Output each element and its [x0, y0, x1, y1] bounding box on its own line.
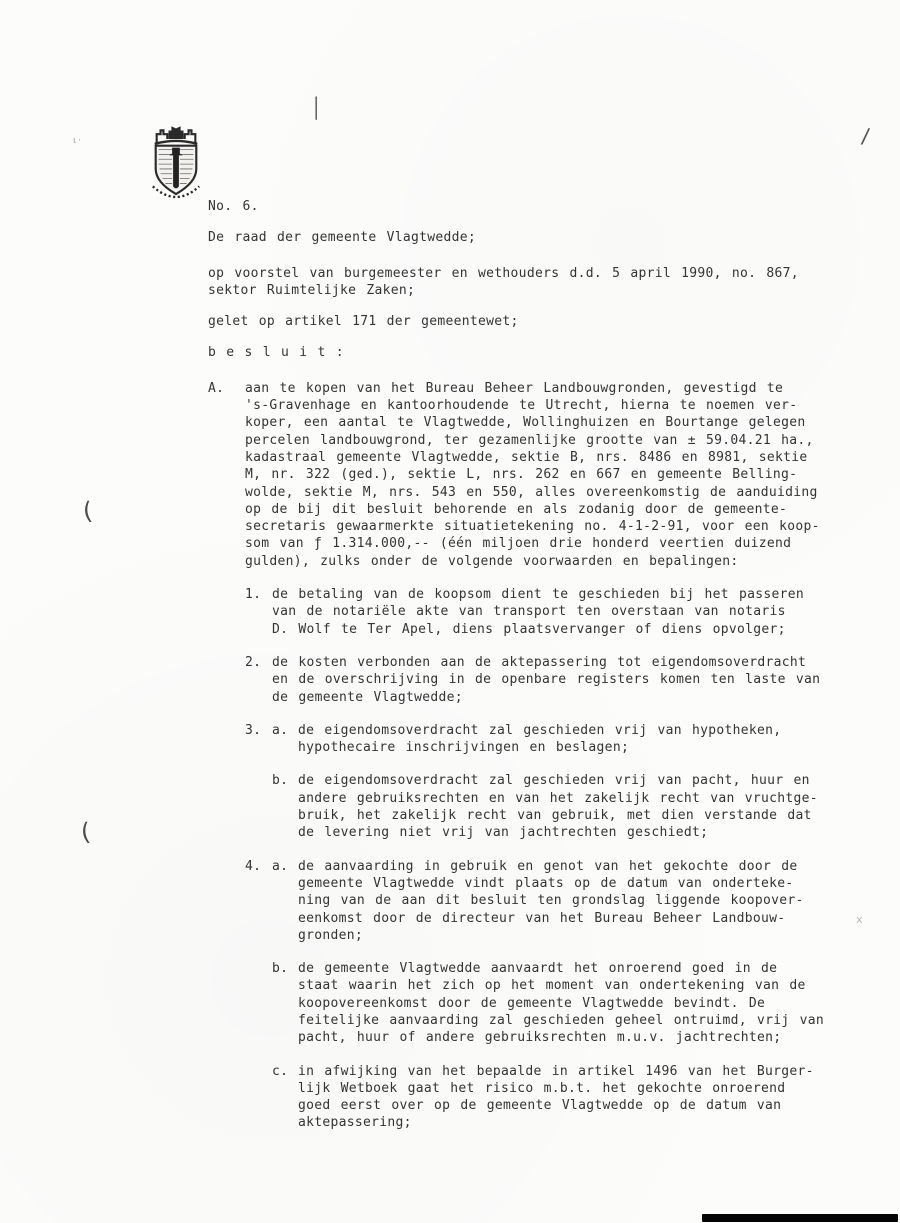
condition-number: 3. — [245, 722, 272, 842]
proposal-paragraph: op voorstel van burgemeester en wethoude… — [208, 265, 858, 300]
text-line: ning van de aan dit besluit ten grondsla… — [298, 892, 858, 909]
text-line: de kosten verbonden aan de aktepassering… — [272, 654, 858, 671]
text-line: aan te kopen van het Bureau Beheer Landb… — [245, 380, 858, 397]
proposal-line: op voorstel van burgemeester en wethoude… — [208, 265, 858, 282]
subcondition-text: de eigendomsoverdracht zal geschieden vr… — [298, 772, 858, 841]
condition-3: 3. a. de eigendomsoverdracht zal geschie… — [245, 722, 858, 842]
text-line: feitelijke aanvaarding zal geschieden ge… — [298, 1012, 858, 1029]
condition-text: de betaling van de koopsom dient te gesc… — [272, 586, 858, 638]
item-a: A. aan te kopen van het Bureau Beheer La… — [208, 380, 858, 570]
subcondition-4c: c. in afwijking van het bepaalde in arti… — [272, 1063, 858, 1132]
text-line: de eigendomsoverdracht zal geschieden vr… — [298, 722, 858, 739]
scanned-document-page: ι· | / ( ( x No. 6. De raad der gemeente… — [0, 0, 900, 1223]
text-line: som van ƒ 1.314.000,-- (één miljoen drie… — [245, 535, 858, 552]
item-a-text: aan te kopen van het Bureau Beheer Landb… — [245, 380, 858, 570]
text-line: de gemeente Vlagtwedde; — [272, 689, 858, 706]
condition-1: 1. de betaling van de koopsom dient te g… — [245, 586, 858, 638]
subcondition-text: de gemeente Vlagtwedde aanvaardt het onr… — [298, 960, 858, 1046]
text-line: in afwijking van het bepaalde in artikel… — [298, 1063, 858, 1080]
subcondition-text: in afwijking van het bepaalde in artikel… — [298, 1063, 858, 1132]
text-line: percelen landbouwgrond, ter gezamenlijke… — [245, 432, 858, 449]
subcondition-letter: a. — [272, 722, 298, 757]
document-body: No. 6. De raad der gemeente Vlagtwedde; … — [208, 198, 858, 1145]
condition-2: 2. de kosten verbonden aan de aktepasser… — [245, 654, 858, 706]
condition-number: 1. — [245, 586, 272, 638]
text-line: de betaling van de koopsom dient te gesc… — [272, 586, 858, 603]
subcondition-4b: b. de gemeente Vlagtwedde aanvaardt het … — [272, 960, 858, 1046]
margin-paren-upper: ( — [82, 497, 94, 526]
municipal-coat-of-arms-icon — [147, 126, 205, 208]
proposal-line: sektor Ruimtelijke Zaken; — [208, 282, 858, 299]
text-line: gulden), zulks onder de volgende voorwaa… — [245, 553, 858, 570]
salutation-line: De raad der gemeente Vlagtwedde; — [208, 229, 858, 246]
text-line: pacht, huur of andere gebruiksrechten m.… — [298, 1029, 858, 1046]
text-line: secretaris gewaarmerkte situatietekening… — [245, 518, 858, 535]
scan-slash-mark: / — [860, 124, 870, 149]
condition-number: 2. — [245, 654, 272, 706]
subcondition-letter: c. — [272, 1063, 298, 1132]
condition-text: de kosten verbonden aan de aktepassering… — [272, 654, 858, 706]
text-line: gronden; — [298, 927, 858, 944]
margin-paren-lower: ( — [80, 818, 92, 847]
legal-basis-line: gelet op artikel 171 der gemeentewet; — [208, 313, 858, 330]
text-line: de eigendomsoverdracht zal geschieden vr… — [298, 772, 858, 789]
text-line: van de notariële akte van transport ten … — [272, 603, 858, 620]
text-line: bruik, het zakelijk recht van gebruik, m… — [298, 807, 858, 824]
subcondition-letter: b. — [272, 772, 298, 841]
scanner-artifact-bar — [702, 1214, 898, 1222]
text-line: koopovereenkomst door de gemeente Vlagtw… — [298, 995, 858, 1012]
subcondition-text: de eigendomsoverdracht zal geschieden vr… — [298, 722, 858, 757]
subcondition-text: de aanvaarding in gebruik en genot van h… — [298, 858, 858, 944]
document-number: No. 6. — [208, 198, 858, 215]
text-line: kadastraal gemeente Vlagtwedde, sektie B… — [245, 449, 858, 466]
text-line: koper, een aantal te Vlagtwedde, Wolling… — [245, 414, 858, 431]
text-line: D. Wolf te Ter Apel, diens plaatsvervang… — [272, 621, 858, 638]
subcondition-letter: a. — [272, 858, 298, 944]
scan-tick-mark: | — [313, 94, 319, 120]
text-line: goed eerst over op de gemeente Vlagtwedd… — [298, 1097, 858, 1114]
text-line: M, nr. 322 (ged.), sektie L, nrs. 262 en… — [245, 466, 858, 483]
text-line: eenkomst door de directeur van het Burea… — [298, 910, 858, 927]
text-line: lijk Wetboek gaat het risico m.b.t. het … — [298, 1080, 858, 1097]
condition-4: 4. a. de aanvaarding in gebruik en genot… — [245, 858, 858, 1132]
text-line: wolde, sektie M, nrs. 543 en 550, alles … — [245, 484, 858, 501]
subcondition-3b: b. de eigendomsoverdracht zal geschieden… — [272, 772, 858, 841]
text-line: andere gebruiksrechten en van het zakeli… — [298, 790, 858, 807]
condition-number: 4. — [245, 858, 272, 1132]
text-line: de aanvaarding in gebruik en genot van h… — [298, 858, 858, 875]
text-line: aktepassering; — [298, 1114, 858, 1131]
item-a-label: A. — [208, 380, 245, 570]
text-line: 's-Gravenhage en kantoorhoudende te Utre… — [245, 397, 858, 414]
text-line: en de overschrijving in de openbare regi… — [272, 671, 858, 688]
text-line: gemeente Vlagtwedde vindt plaats op de d… — [298, 875, 858, 892]
text-line: op de bij dit besluit behorende en als z… — [245, 501, 858, 518]
condition-text: a. de eigendomsoverdracht zal geschieden… — [272, 722, 858, 842]
condition-text: a. de aanvaarding in gebruik en genot va… — [272, 858, 858, 1132]
subcondition-letter: b. — [272, 960, 298, 1046]
scan-speck-mark: ι· — [73, 136, 83, 146]
subcondition-4a: a. de aanvaarding in gebruik en genot va… — [272, 858, 858, 944]
text-line: de gemeente Vlagtwedde aanvaardt het onr… — [298, 960, 858, 977]
conditions-list: 1. de betaling van de koopsom dient te g… — [245, 586, 858, 1132]
decision-word: b e s l u i t : — [208, 344, 858, 361]
text-line: de levering niet vrij van jachtrechten g… — [298, 824, 858, 841]
subcondition-3a: a. de eigendomsoverdracht zal geschieden… — [272, 722, 858, 757]
text-line: hypothecaire inschrijvingen en beslagen; — [298, 739, 858, 756]
text-line: staat waarin het zich op het moment van … — [298, 977, 858, 994]
